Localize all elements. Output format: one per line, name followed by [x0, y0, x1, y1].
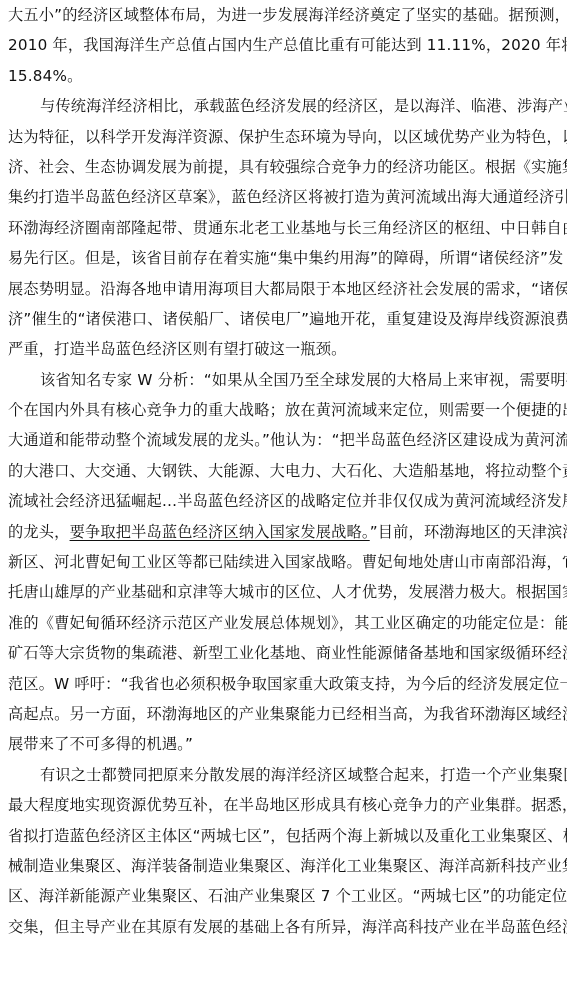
text-line: 械制造业集聚区、海洋装备制造业集聚区、海洋化工业集聚区、海洋高新科技产业集聚	[8, 851, 560, 881]
text-segment: ”目前，环渤海地区的天津滨海	[370, 523, 567, 541]
text-line: 易先行区。但是，该省目前存在着实施“集中集约用海”的障碍，所谓“诸侯经济”发	[8, 243, 560, 273]
text-line: 区、海洋新能源产业集聚区、石油产业集聚区 7 个工业区。“两城七区”的功能定位有	[8, 881, 560, 911]
text-line-with-underline: 的龙头，要争取把半岛蓝色经济区纳入国家发展战略。”目前，环渤海地区的天津滨海	[8, 517, 560, 547]
text-line: 15.84%。	[8, 61, 560, 91]
paragraph-3: 该省知名专家 W 分析：“如果从全国乃至全球发展的大格局上来审视，需要明确一 个…	[8, 365, 560, 760]
text-line: 环渤海经济圈南部隆起带、贯通东北老工业基地与长三角经济区的枢纽、中日韩自由贸	[8, 213, 560, 243]
underlined-text: 要争取把半岛蓝色经济区纳入国家发展战略。	[70, 523, 370, 541]
text-line: 展带来了不可多得的机遇。”	[8, 729, 560, 759]
text-line: 高起点。另一方面，环渤海地区的产业集聚能力已经相当高，为我省环渤海区域经济发	[8, 699, 560, 729]
text-line: 流域社会经济迅猛崛起…半岛蓝色经济区的战略定位并非仅仅成为黄河流域经济发展	[8, 486, 560, 516]
text-segment: 的龙头，	[8, 523, 70, 541]
text-line: 2010 年，我国海洋生产总值占国内生产总值比重有可能达到 11.11%，202…	[8, 30, 560, 60]
text-line: 展态势明显。沿海各地申请用海项目大都局限于本地区经济社会发展的需求，“诸侯经	[8, 274, 560, 304]
text-line: 济”催生的“诸侯港口、诸侯船厂、诸侯电厂”遍地开花，重复建设及海岸线资源浪费	[8, 304, 560, 334]
text-line: 准的《曹妃甸循环经济示范区产业发展总体规划》，其工业区确定的功能定位是：能源、	[8, 608, 560, 638]
text-line: 集约打造半岛蓝色经济区草案》，蓝色经济区将被打造为黄河流域出海大通道经济引擎、	[8, 182, 560, 212]
text-line: 交集，但主导产业在其原有发展的基础上各有所异，海洋高科技产业在半岛蓝色经济区	[8, 912, 560, 942]
text-line: 济、社会、生态协调发展为前提，具有较强综合竞争力的经济功能区。根据《实施集中	[8, 152, 560, 182]
text-line: 范区。W 呼吁：“我省也必须积极争取国家重大政策支持，为今后的经济发展定位一个	[8, 669, 560, 699]
paragraph-1: 大五小”的经济区域整体布局，为进一步发展海洋经济奠定了坚实的基础。据预测，到 2…	[8, 0, 560, 91]
text-line: 托唐山雄厚的产业基础和京津等大城市的区位、人才优势，发展潜力极大。根据国家批	[8, 577, 560, 607]
document-page: 大五小”的经济区域整体布局，为进一步发展海洋经济奠定了坚实的基础。据预测，到 2…	[8, 0, 560, 942]
text-line: 该省知名专家 W 分析：“如果从全国乃至全球发展的大格局上来审视，需要明确一	[8, 365, 560, 395]
text-line: 大通道和能带动整个流域发展的龙头。”他认为：“把半岛蓝色经济区建设成为黄河流域	[8, 425, 560, 455]
text-line: 矿石等大宗货物的集疏港、新型工业化基地、商业性能源储备基地和国家级循环经济示	[8, 638, 560, 668]
paragraph-2: 与传统海洋经济相比，承载蓝色经济发展的经济区，是以海洋、临港、涉海产业发 达为特…	[8, 91, 560, 365]
text-line: 新区、河北曹妃甸工业区等都已陆续进入国家战略。曹妃甸地处唐山市南部沿海，它依	[8, 547, 560, 577]
text-line: 严重，打造半岛蓝色经济区则有望打破这一瓶颈。	[8, 334, 560, 364]
text-line: 达为特征，以科学开发海洋资源、保护生态环境为导向，以区域优势产业为特色，以经	[8, 122, 560, 152]
text-line: 省拟打造蓝色经济区主体区“两城七区”，包括两个海上新城以及重化工业集聚区、机	[8, 821, 560, 851]
text-line: 有识之士都赞同把原来分散发展的海洋经济区域整合起来，打造一个产业集聚区，	[8, 760, 560, 790]
text-line: 大五小”的经济区域整体布局，为进一步发展海洋经济奠定了坚实的基础。据预测，到	[8, 0, 560, 30]
text-line: 个在国内外具有核心竞争力的重大战略；放在黄河流域来定位，则需要一个便捷的出海	[8, 395, 560, 425]
text-line: 最大程度地实现资源优势互补，在半岛地区形成具有核心竞争力的产业集群。据悉，该	[8, 790, 560, 820]
paragraph-4: 有识之士都赞同把原来分散发展的海洋经济区域整合起来，打造一个产业集聚区， 最大程…	[8, 760, 560, 942]
text-line: 与传统海洋经济相比，承载蓝色经济发展的经济区，是以海洋、临港、涉海产业发	[8, 91, 560, 121]
text-line: 的大港口、大交通、大钢铁、大能源、大电力、大石化、大造船基地，将拉动整个黄河	[8, 456, 560, 486]
